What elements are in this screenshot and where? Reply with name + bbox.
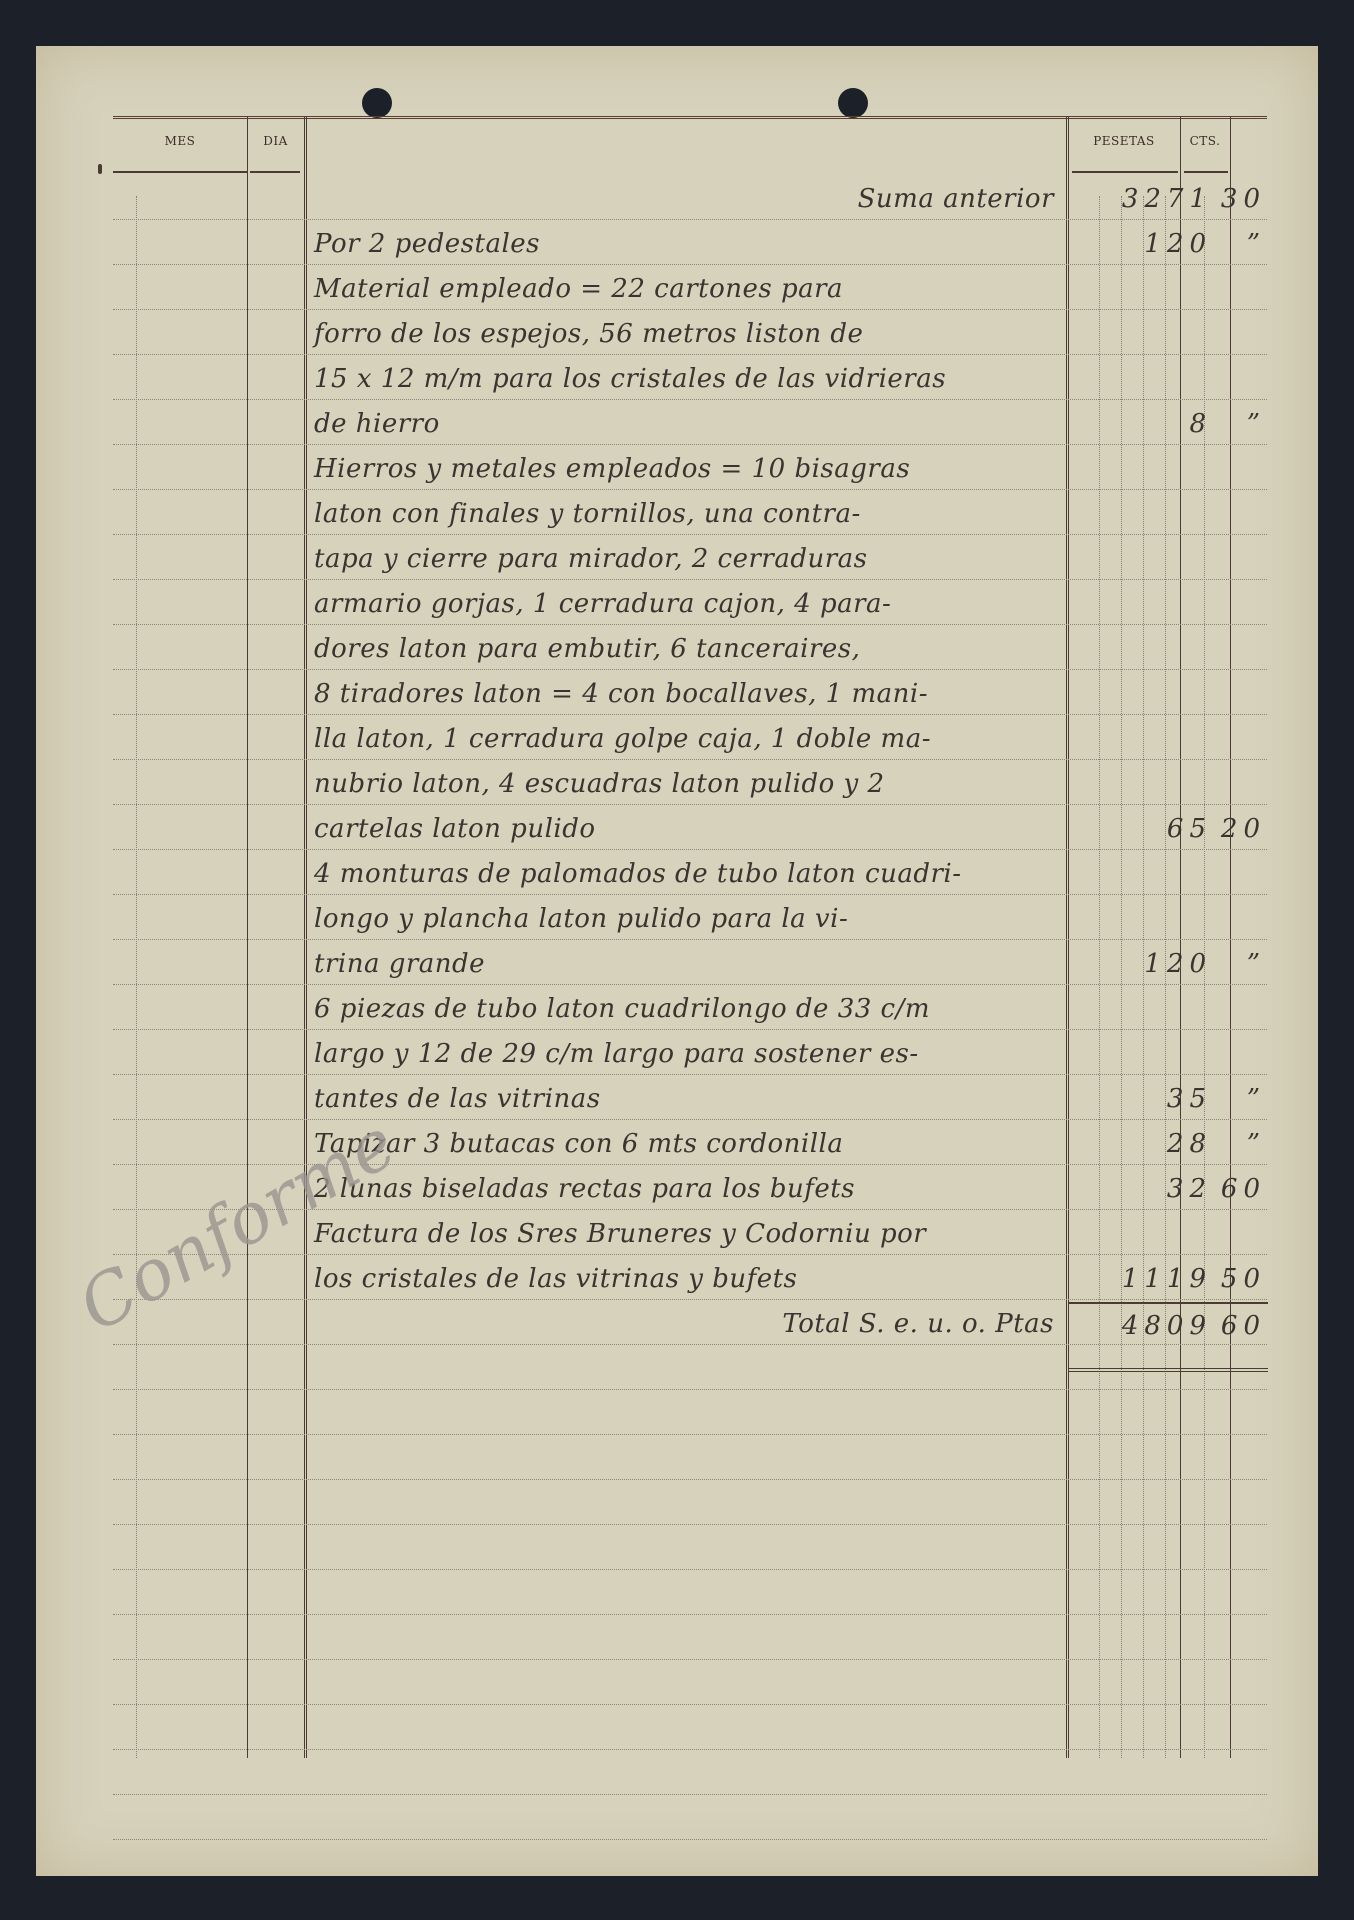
amount-pesetas: 35 <box>1104 1079 1212 1119</box>
ruling-line <box>113 489 1267 490</box>
amount-cts: ” <box>1220 944 1266 984</box>
amount-cts: ” <box>1220 404 1266 444</box>
ledger-line-text: trina grande <box>314 944 1064 984</box>
ruling-line <box>113 1029 1267 1030</box>
ledger-line-text: armario gorjas, 1 cerradura cajon, 4 par… <box>314 584 1064 624</box>
column-divider-cts <box>1230 116 1231 1758</box>
ledger-line-text: Por 2 pedestales <box>314 224 1064 264</box>
header-cts: CTS. <box>1180 134 1230 148</box>
ruling-line <box>113 804 1267 805</box>
amount-cts: 20 <box>1220 809 1266 849</box>
ledger-page: MES DIA PESETAS CTS. Suma anterior Por 2… <box>36 46 1318 1876</box>
header-top-rule <box>113 116 1267 119</box>
ledger-line-text: Hierros y metales empleados = 10 bisagra… <box>314 449 1064 489</box>
ledger-line-text: lla laton, 1 cerradura golpe caja, 1 dob… <box>314 719 1064 759</box>
ruling-line <box>113 1704 1267 1705</box>
header-pesetas: PESETAS <box>1068 134 1180 148</box>
ledger-line-text: forro de los espejos, 56 metros liston d… <box>314 314 1064 354</box>
header-dia: DIA <box>247 134 304 148</box>
ruling-line <box>113 354 1267 355</box>
header-underline <box>1072 171 1178 173</box>
amount-pesetas: 120 <box>1104 224 1212 264</box>
ledger-line-text: longo y plancha laton pulido para la vi- <box>314 899 1064 939</box>
ruling-line <box>113 624 1267 625</box>
amount-pesetas: 8 <box>1104 404 1212 444</box>
ruling-line <box>113 1479 1267 1480</box>
ledger-line-text: Factura de los Sres Bruneres y Codorniu … <box>314 1214 1064 1254</box>
amount-pesetas: 1119 <box>1104 1259 1212 1299</box>
punch-hole <box>362 88 392 118</box>
ruling-line <box>113 1434 1267 1435</box>
ruling-line <box>113 984 1267 985</box>
amount-cts: ” <box>1220 1079 1266 1119</box>
amount-pesetas: 32 <box>1104 1169 1212 1209</box>
ledger-line-text: nubrio laton, 4 escuadras laton pulido y… <box>314 764 1064 804</box>
ledger-line-text: Tapizar 3 butacas con 6 mts cordonilla <box>314 1124 1064 1164</box>
ledger-line-text: laton con finales y tornillos, una contr… <box>314 494 1064 534</box>
ruling-line <box>113 1299 1267 1300</box>
header-underline <box>1184 171 1228 173</box>
ledger-line-text: cartelas laton pulido <box>314 809 1064 849</box>
ruling-line <box>113 1839 1267 1840</box>
ledger-line-text: 15 x 12 m/m para los cristales de las vi… <box>314 359 1064 399</box>
ruling-line <box>113 1389 1267 1390</box>
ledger-line-text: 4 monturas de palomados de tubo laton cu… <box>314 854 1064 894</box>
ruling-line <box>113 1569 1267 1570</box>
ledger-line-text: largo y 12 de 29 c/m largo para sostener… <box>314 1034 1064 1074</box>
ledger-line-text: los cristales de las vitrinas y bufets <box>314 1259 1064 1299</box>
ruling-line <box>113 849 1267 850</box>
ruling-line <box>113 1254 1267 1255</box>
amount-cts: 60 <box>1220 1169 1266 1209</box>
amount-pesetas: 120 <box>1104 944 1212 984</box>
ruling-line <box>113 759 1267 760</box>
ledger-line-text: tapa y cierre para mirador, 2 cerraduras <box>314 539 1064 579</box>
ruling-line <box>113 1344 1267 1345</box>
ledger-line-text: 2 lunas biseladas rectas para los bufets <box>314 1169 1064 1209</box>
total-cts: 60 <box>1220 1306 1266 1346</box>
subtotal-rule <box>1068 1302 1268 1304</box>
ruling-line <box>113 1749 1267 1750</box>
ruling-line <box>113 264 1267 265</box>
ruling-line <box>113 399 1267 400</box>
ruling-line <box>113 309 1267 310</box>
column-divider-concepto <box>1066 116 1069 1758</box>
column-divider-mes <box>247 116 248 1758</box>
ruling-line <box>113 579 1267 580</box>
total-label: Total S. e. u. o. Ptas <box>314 1304 1054 1344</box>
amount-cts: ” <box>1220 224 1266 264</box>
ruling-line <box>113 1119 1267 1120</box>
total-pesetas: 4809 <box>1104 1306 1212 1346</box>
ledger-line-text: 6 piezas de tubo laton cuadrilongo de 33… <box>314 989 1064 1029</box>
amount-cts: 50 <box>1220 1259 1266 1299</box>
ledger-line-text: Material empleado = 22 cartones para <box>314 269 1064 309</box>
amount-cts: ” <box>1220 1124 1266 1164</box>
ruling-line <box>113 669 1267 670</box>
ruling-line <box>113 714 1267 715</box>
ruling-line <box>113 444 1267 445</box>
ruling-line <box>113 1524 1267 1525</box>
header-underline <box>250 171 300 173</box>
amount-pesetas: 28 <box>1104 1124 1212 1164</box>
ruling-line <box>113 894 1267 895</box>
total-double-rule <box>1068 1368 1268 1372</box>
amount-pesetas: 65 <box>1104 809 1212 849</box>
ledger-line-text: dores laton para embutir, 6 tanceraires, <box>314 629 1064 669</box>
ledger-line-text: tantes de las vitrinas <box>314 1079 1064 1119</box>
ruling-line <box>113 1074 1267 1075</box>
ledger-line-text: de hierro <box>314 404 1064 444</box>
column-divider-pesetas <box>1180 116 1181 1758</box>
header-mes: MES <box>113 134 247 148</box>
ruling-line <box>113 1794 1267 1795</box>
header-underline <box>113 171 247 173</box>
column-divider-dia <box>304 116 307 1758</box>
ledger-line-text: 8 tiradores laton = 4 con bocallaves, 1 … <box>314 674 1064 714</box>
punch-hole <box>838 88 868 118</box>
ruling-line <box>113 939 1267 940</box>
ledger-line-text: Suma anterior <box>314 179 1054 219</box>
ruling-line <box>113 219 1267 220</box>
amount-pesetas: 3271 <box>1104 179 1212 219</box>
ruling-line <box>113 534 1267 535</box>
ruling-line <box>113 1614 1267 1615</box>
ink-mark <box>98 164 102 174</box>
ruling-line <box>113 1659 1267 1660</box>
amount-cts: 30 <box>1220 179 1266 219</box>
